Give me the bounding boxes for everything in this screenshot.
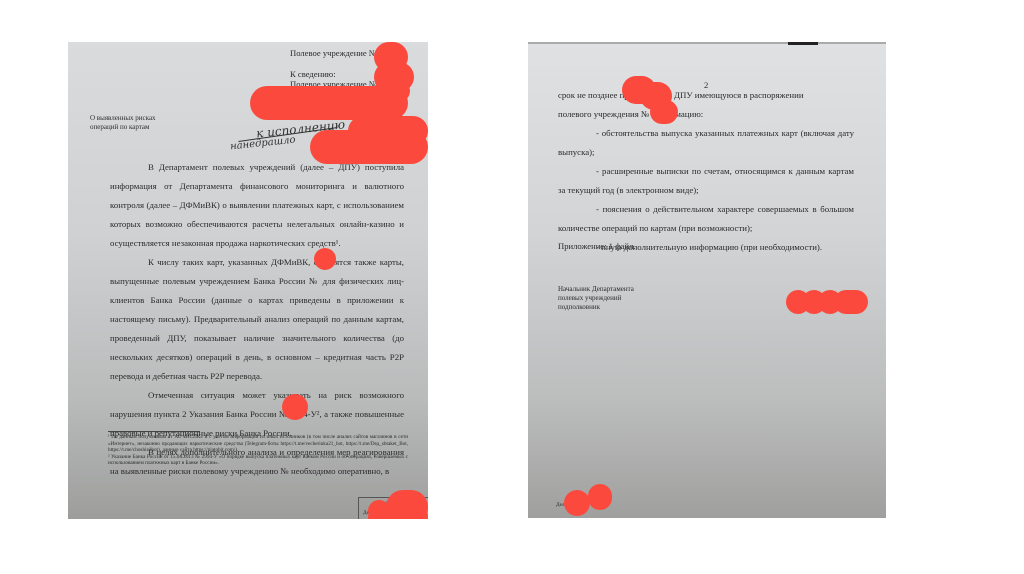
page-top-edge-shadow xyxy=(788,42,818,45)
letter-body: В Департамент полевых учреждений (далее … xyxy=(110,158,404,481)
body-line-2: полевого учреждения № информацию: xyxy=(558,105,854,124)
redaction-mark xyxy=(282,394,308,420)
redaction-mark xyxy=(588,484,612,510)
redaction-mark xyxy=(314,248,336,270)
redaction-mark xyxy=(368,508,428,519)
document-page-2: 2 срок не позднее представить в ДПУ имею… xyxy=(528,42,886,518)
signatory-rank: подполковник xyxy=(558,303,600,312)
document-page-1: Полевое учреждение № К сведению: Полевое… xyxy=(68,42,428,519)
page-top-edge xyxy=(528,42,886,44)
signatory-title-1: Начальник Департамента xyxy=(558,285,634,294)
letter-body-continued: срок не позднее представить в ДПУ имеющу… xyxy=(558,86,854,257)
body-line-1: срок не позднее представить в ДПУ имеющу… xyxy=(558,86,854,105)
footnote-2: ² Указание Банка России от 15.04.2013 № … xyxy=(108,454,408,467)
subject-line-1: О выявленных рисках xyxy=(90,114,156,123)
redaction-mark xyxy=(250,86,408,120)
redaction-mark xyxy=(310,130,428,164)
bullet-3: - пояснения о действительном характере с… xyxy=(558,200,854,238)
addressee-line-1: Полевое учреждение № xyxy=(290,48,377,59)
paragraph-1: В Департамент полевых учреждений (далее … xyxy=(110,158,404,253)
handwritten-resolution-2: нанедрашло xyxy=(230,135,296,153)
bullet-1: - обстоятельства выпуска указанных плате… xyxy=(558,124,854,162)
footnote-separator xyxy=(108,431,200,432)
redaction-mark xyxy=(564,490,590,516)
bullet-2: - расширенные выписки по счетам, относящ… xyxy=(558,162,854,200)
subject-line-2: операций по картам xyxy=(90,123,149,132)
footnote-1: ¹ По данным полученным от АО «НСПК» и с … xyxy=(108,434,408,454)
paragraph-2: К числу таких карт, указанных ДФМиВК, от… xyxy=(110,253,404,386)
redaction-mark xyxy=(650,100,678,124)
signatory-title-2: полевых учреждений xyxy=(558,294,621,303)
redaction-mark xyxy=(834,290,868,314)
footnotes: ¹ По данным полученным от АО «НСПК» и с … xyxy=(108,434,408,467)
attachment-note: Приложение: 1 файл. xyxy=(558,241,636,252)
